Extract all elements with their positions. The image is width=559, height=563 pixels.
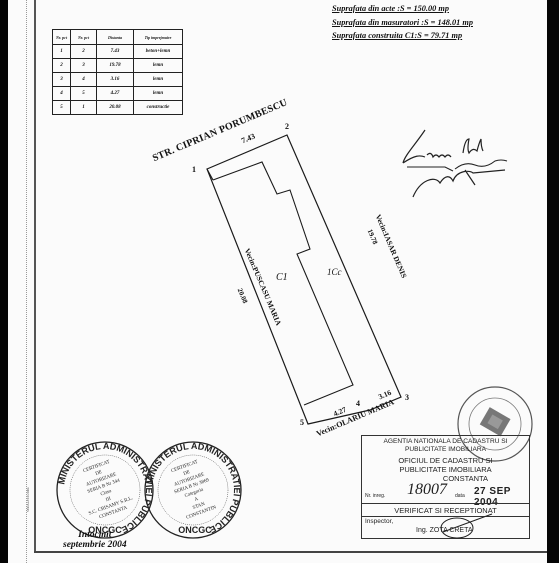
inspector-label: Inspector, xyxy=(365,518,393,525)
building-cc-label: 1Cc xyxy=(327,267,342,277)
stamp-divider xyxy=(362,503,529,504)
signature xyxy=(395,125,535,205)
building-c1-label: C1 xyxy=(276,272,288,283)
date-label: data xyxy=(455,493,465,499)
svg-text:Clasa: Clasa xyxy=(100,489,113,498)
drafted-label: Intocmit xyxy=(63,530,127,540)
svg-text:III: III xyxy=(105,497,112,504)
stamp-office: OFICIUL DE CADASTRU SI xyxy=(362,456,529,465)
building-c1-outline xyxy=(213,162,353,405)
stamp-agency-2: PUBLICITATE IMOBILIARA xyxy=(362,446,529,454)
drafted-by: Intocmit septembrie 2004 xyxy=(63,530,127,550)
stamp-agency: AGENTIA NATIONALA DE CADASTRU SI xyxy=(362,438,529,446)
seal-stan-constantin: MINISTERUL ADMINISTRATIEI PUBLICE ONCGC … xyxy=(143,440,243,540)
point-5: 5 xyxy=(300,418,304,427)
point-4: 4 xyxy=(356,399,360,408)
svg-text:A: A xyxy=(194,497,199,503)
stamp-date: 27 SEP 2004 xyxy=(474,486,529,508)
svg-text:DE: DE xyxy=(183,470,191,477)
inspector-signature xyxy=(437,510,497,540)
point-2: 2 xyxy=(285,122,289,131)
drafted-date: septembrie 2004 xyxy=(63,540,127,550)
svg-text:DE: DE xyxy=(95,470,103,477)
point-3: 3 xyxy=(405,393,409,402)
point-1: 1 xyxy=(192,165,196,174)
reg-number-value: 18007 xyxy=(407,481,447,499)
svg-text:ONCGC: ONCGC xyxy=(178,525,212,535)
registration-stamp: AGENTIA NATIONALA DE CADASTRU SI PUBLICI… xyxy=(361,435,530,539)
stamp-office-2: PUBLICITATE IMOBILIARA xyxy=(362,465,529,474)
seal-crisamy: MINISTERUL ADMINISTRATIEI PUBLICE ONCGC … xyxy=(55,440,155,540)
parcel-outline xyxy=(207,135,401,424)
side-code: SERIAL/DOC/2004 xyxy=(26,487,30,512)
reg-number-label: Nr. inreg. xyxy=(365,493,385,499)
